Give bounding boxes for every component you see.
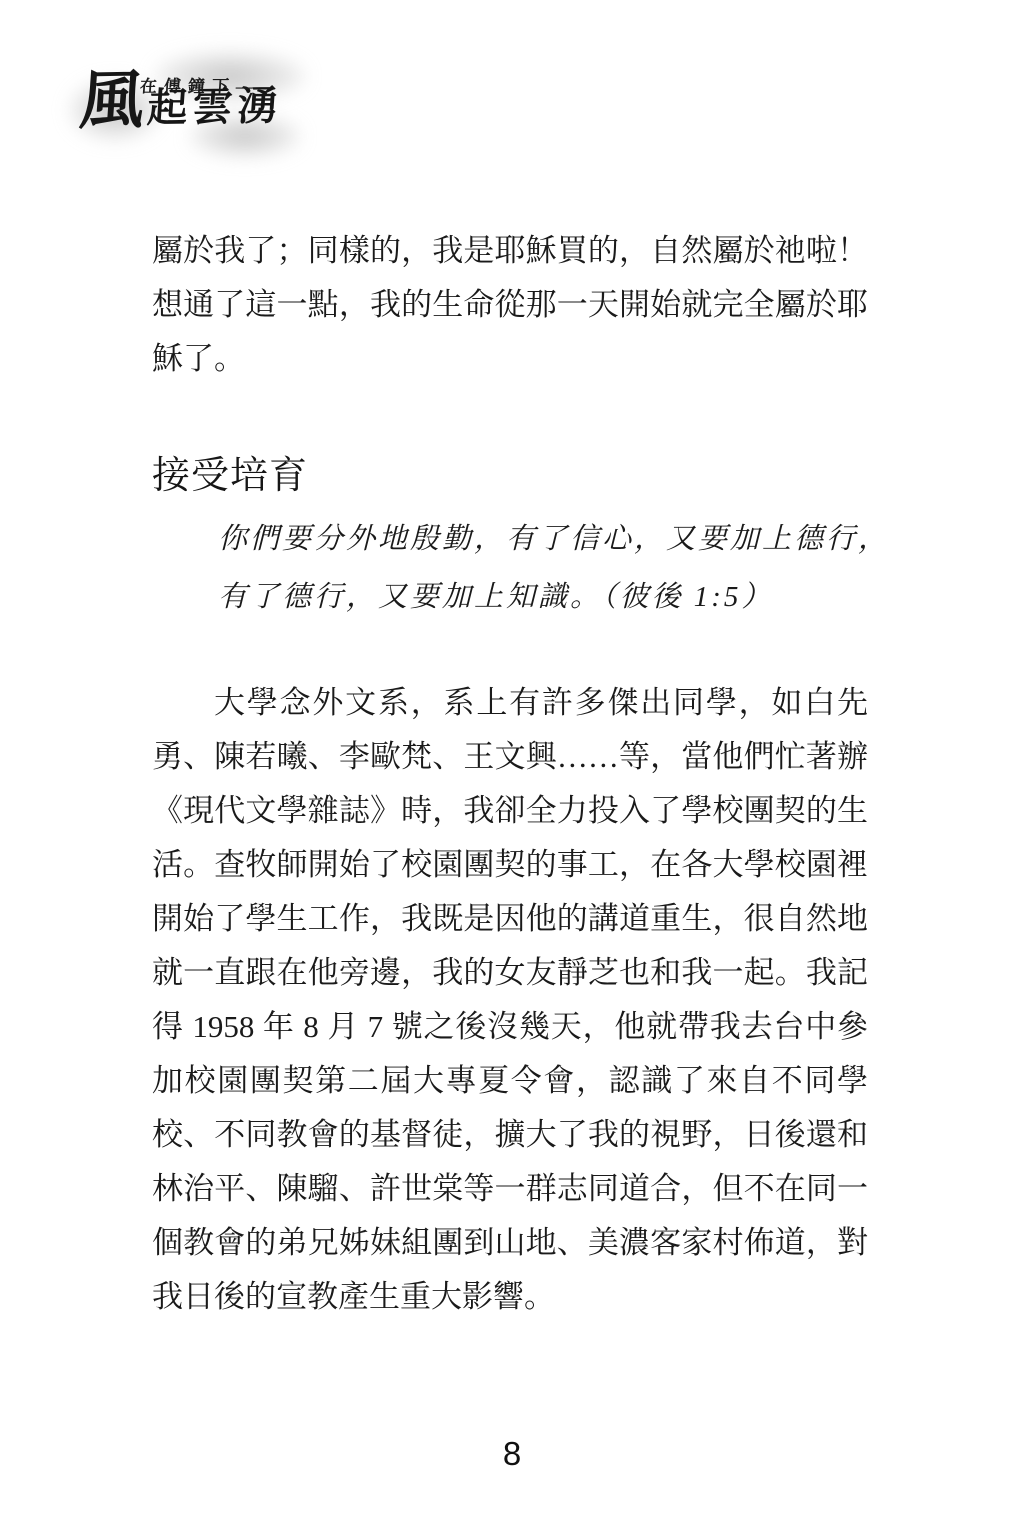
quote-line: 有了德行，又要加上知識。（彼後 1:5） xyxy=(218,568,873,626)
text-line: 勇、陳若曦、李歐梵、王文興……等，當他們忙著辦 xyxy=(152,730,868,784)
text-line: 個教會的弟兄姊妹組團到山地、美濃客家村佈道，對 xyxy=(152,1216,868,1270)
quote-line: 你們要分外地殷勤，有了信心，又要加上德行， xyxy=(218,510,873,568)
text-line: 開始了學生工作，我既是因他的講道重生，很自然地 xyxy=(152,892,868,946)
text-line: 屬於我了；同樣的，我是耶穌買的，自然屬於祂啦！ xyxy=(152,224,868,278)
text-line: 大學念外文系，系上有許多傑出同學，如白先 xyxy=(152,676,868,730)
text-line: 我日後的宣教產生重大影響。 xyxy=(152,1270,868,1324)
text-line: 活。查牧師開始了校園團契的事工，在各大學校園裡 xyxy=(152,838,868,892)
text-line: 校、不同教會的基督徒，擴大了我的視野，日後還和 xyxy=(152,1108,868,1162)
book-logo: 風 起雲湧 在傅鐘下— xyxy=(60,40,380,170)
text-line: 穌了。 xyxy=(152,332,868,386)
page-number: 8 xyxy=(0,1434,1024,1474)
text-line: 加校園團契第二屆大專夏令會，認識了來自不同學 xyxy=(152,1054,868,1108)
paragraph-main: 大學念外文系，系上有許多傑出同學，如白先 勇、陳若曦、李歐梵、王文興……等，當他… xyxy=(152,676,868,1324)
text-line: 得 1958 年 8 月 7 號之後沒幾天，他就帶我去台中參 xyxy=(152,1000,868,1054)
paragraph-continued: 屬於我了；同樣的，我是耶穌買的，自然屬於祂啦！ 想通了這一點，我的生命從那一天開… xyxy=(152,224,868,386)
text-line: 《現代文學雜誌》時，我卻全力投入了學校團契的生 xyxy=(152,784,868,838)
text-line: 林治平、陳騮、許世棠等一群志同道合，但不在同一 xyxy=(152,1162,868,1216)
text-line: 想通了這一點，我的生命從那一天開始就完全屬於耶 xyxy=(152,278,868,332)
text-line: 就一直跟在他旁邊，我的女友靜芝也和我一起。我記 xyxy=(152,946,868,1000)
scripture-quote: 你們要分外地殷勤，有了信心，又要加上德行， 有了德行，又要加上知識。（彼後 1:… xyxy=(218,510,873,626)
logo-title-first-char: 風 xyxy=(78,69,147,134)
logo-subtitle: 在傅鐘下— xyxy=(139,72,261,97)
book-page: 風 起雲湧 在傅鐘下— 屬於我了；同樣的，我是耶穌買的，自然屬於祂啦！ 想通了這… xyxy=(0,0,1024,1538)
section-heading: 接受培育 xyxy=(152,448,308,504)
